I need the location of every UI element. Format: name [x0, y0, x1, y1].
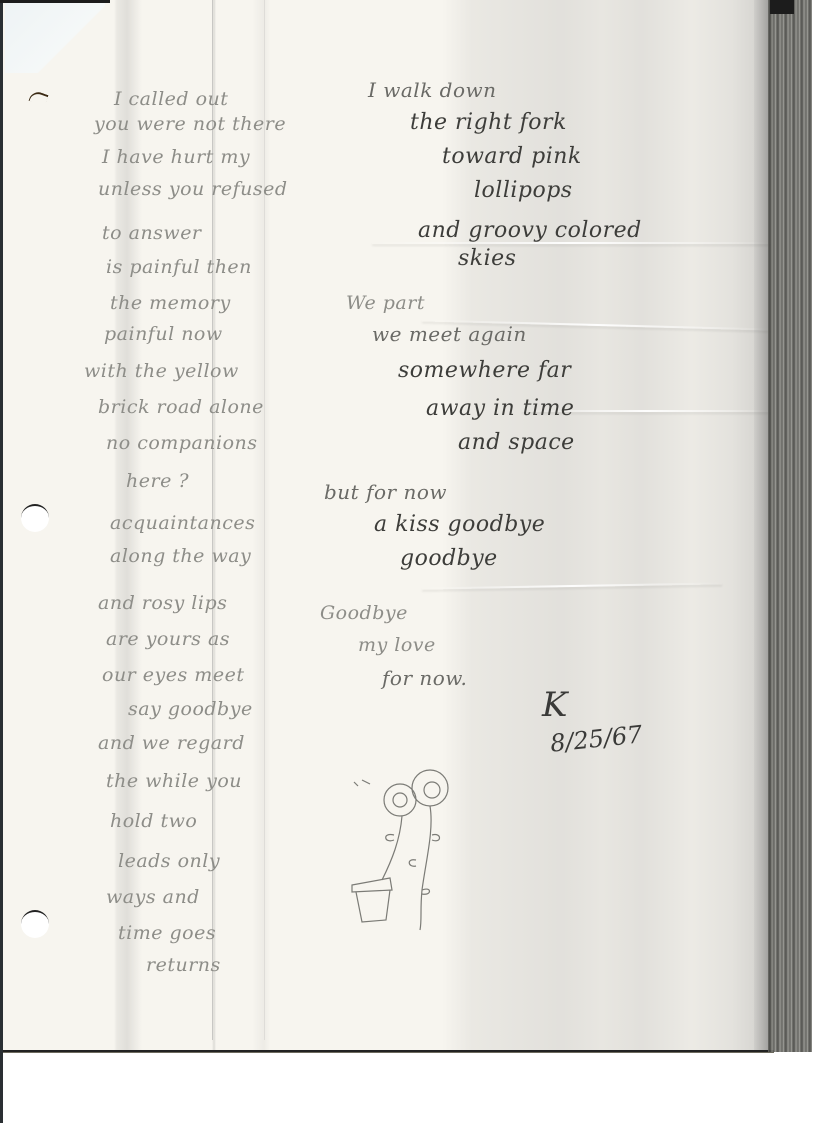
poem-line: ways and	[106, 886, 200, 908]
poem-line: hold two	[110, 810, 197, 832]
poem-line: acquaintances	[110, 512, 255, 534]
poem-line: the memory	[110, 292, 231, 314]
poem-line: and space	[458, 430, 575, 455]
poem-line: away in time	[426, 396, 574, 421]
poem-line: somewhere far	[398, 358, 571, 383]
poem-line: is painful then	[106, 256, 252, 278]
poem-line: lollipops	[474, 178, 573, 203]
poem-line: our eyes meet	[102, 664, 244, 686]
poem-line: say goodbye	[128, 698, 253, 720]
poem-line: and groovy colored	[418, 218, 642, 243]
paper-sheet: I called out you were not there I have h…	[2, 0, 774, 1052]
stray-ink-mark	[28, 89, 48, 106]
poem-line: painful now	[104, 323, 223, 345]
page-stack-edge	[768, 0, 812, 1052]
scanner-edge-top	[0, 0, 110, 3]
poem-line: along the way	[110, 545, 251, 567]
poem-line: leads only	[118, 850, 220, 872]
poem-line: I have hurt my	[102, 146, 250, 168]
poem-line: with the yellow	[84, 360, 239, 382]
poem-line: are yours as	[106, 628, 230, 650]
poem-line: skies	[458, 246, 516, 271]
scanner-edge	[0, 0, 3, 1123]
poem-line: no companions	[106, 432, 258, 454]
poem-line: unless you refused	[98, 178, 288, 200]
poem-line: brick road alone	[98, 396, 264, 418]
flower-pot-sketch-icon	[342, 740, 472, 940]
poem-line: goodbye	[400, 546, 498, 571]
poem-line: a kiss goodbye	[374, 512, 545, 537]
poem-line: and rosy lips	[98, 592, 227, 614]
poem-line: the while you	[106, 770, 242, 792]
poem-line: to answer	[102, 222, 202, 244]
poem-line: we meet again	[372, 322, 527, 346]
poem-line: toward pink	[442, 144, 582, 169]
poem-line: time goes	[118, 922, 216, 944]
punch-hole	[21, 910, 49, 938]
signature-initial: K	[542, 685, 567, 725]
signature-block: K 8/25/67	[542, 685, 652, 805]
paper-crease	[422, 582, 722, 589]
poem-line: but for now	[324, 480, 447, 504]
poem-line: the right fork	[410, 110, 567, 135]
poem-line: and we regard	[98, 732, 245, 754]
page-stack-corner	[770, 0, 794, 14]
poem-line: I walk down	[368, 78, 497, 102]
punch-hole	[21, 504, 49, 532]
folded-corner	[5, 3, 105, 73]
poem-line: I called out	[114, 88, 228, 110]
poem-line: returns	[146, 954, 221, 976]
signature-date: 8/25/67	[549, 720, 644, 758]
poem-line: Goodbye	[320, 602, 408, 624]
margin-line	[264, 0, 265, 1040]
poem-line: We part	[346, 292, 425, 314]
poem-line: my love	[358, 634, 436, 656]
poem-line: you were not there	[94, 113, 286, 135]
poem-line: here ?	[126, 470, 189, 492]
poem-line: for now.	[382, 666, 467, 690]
